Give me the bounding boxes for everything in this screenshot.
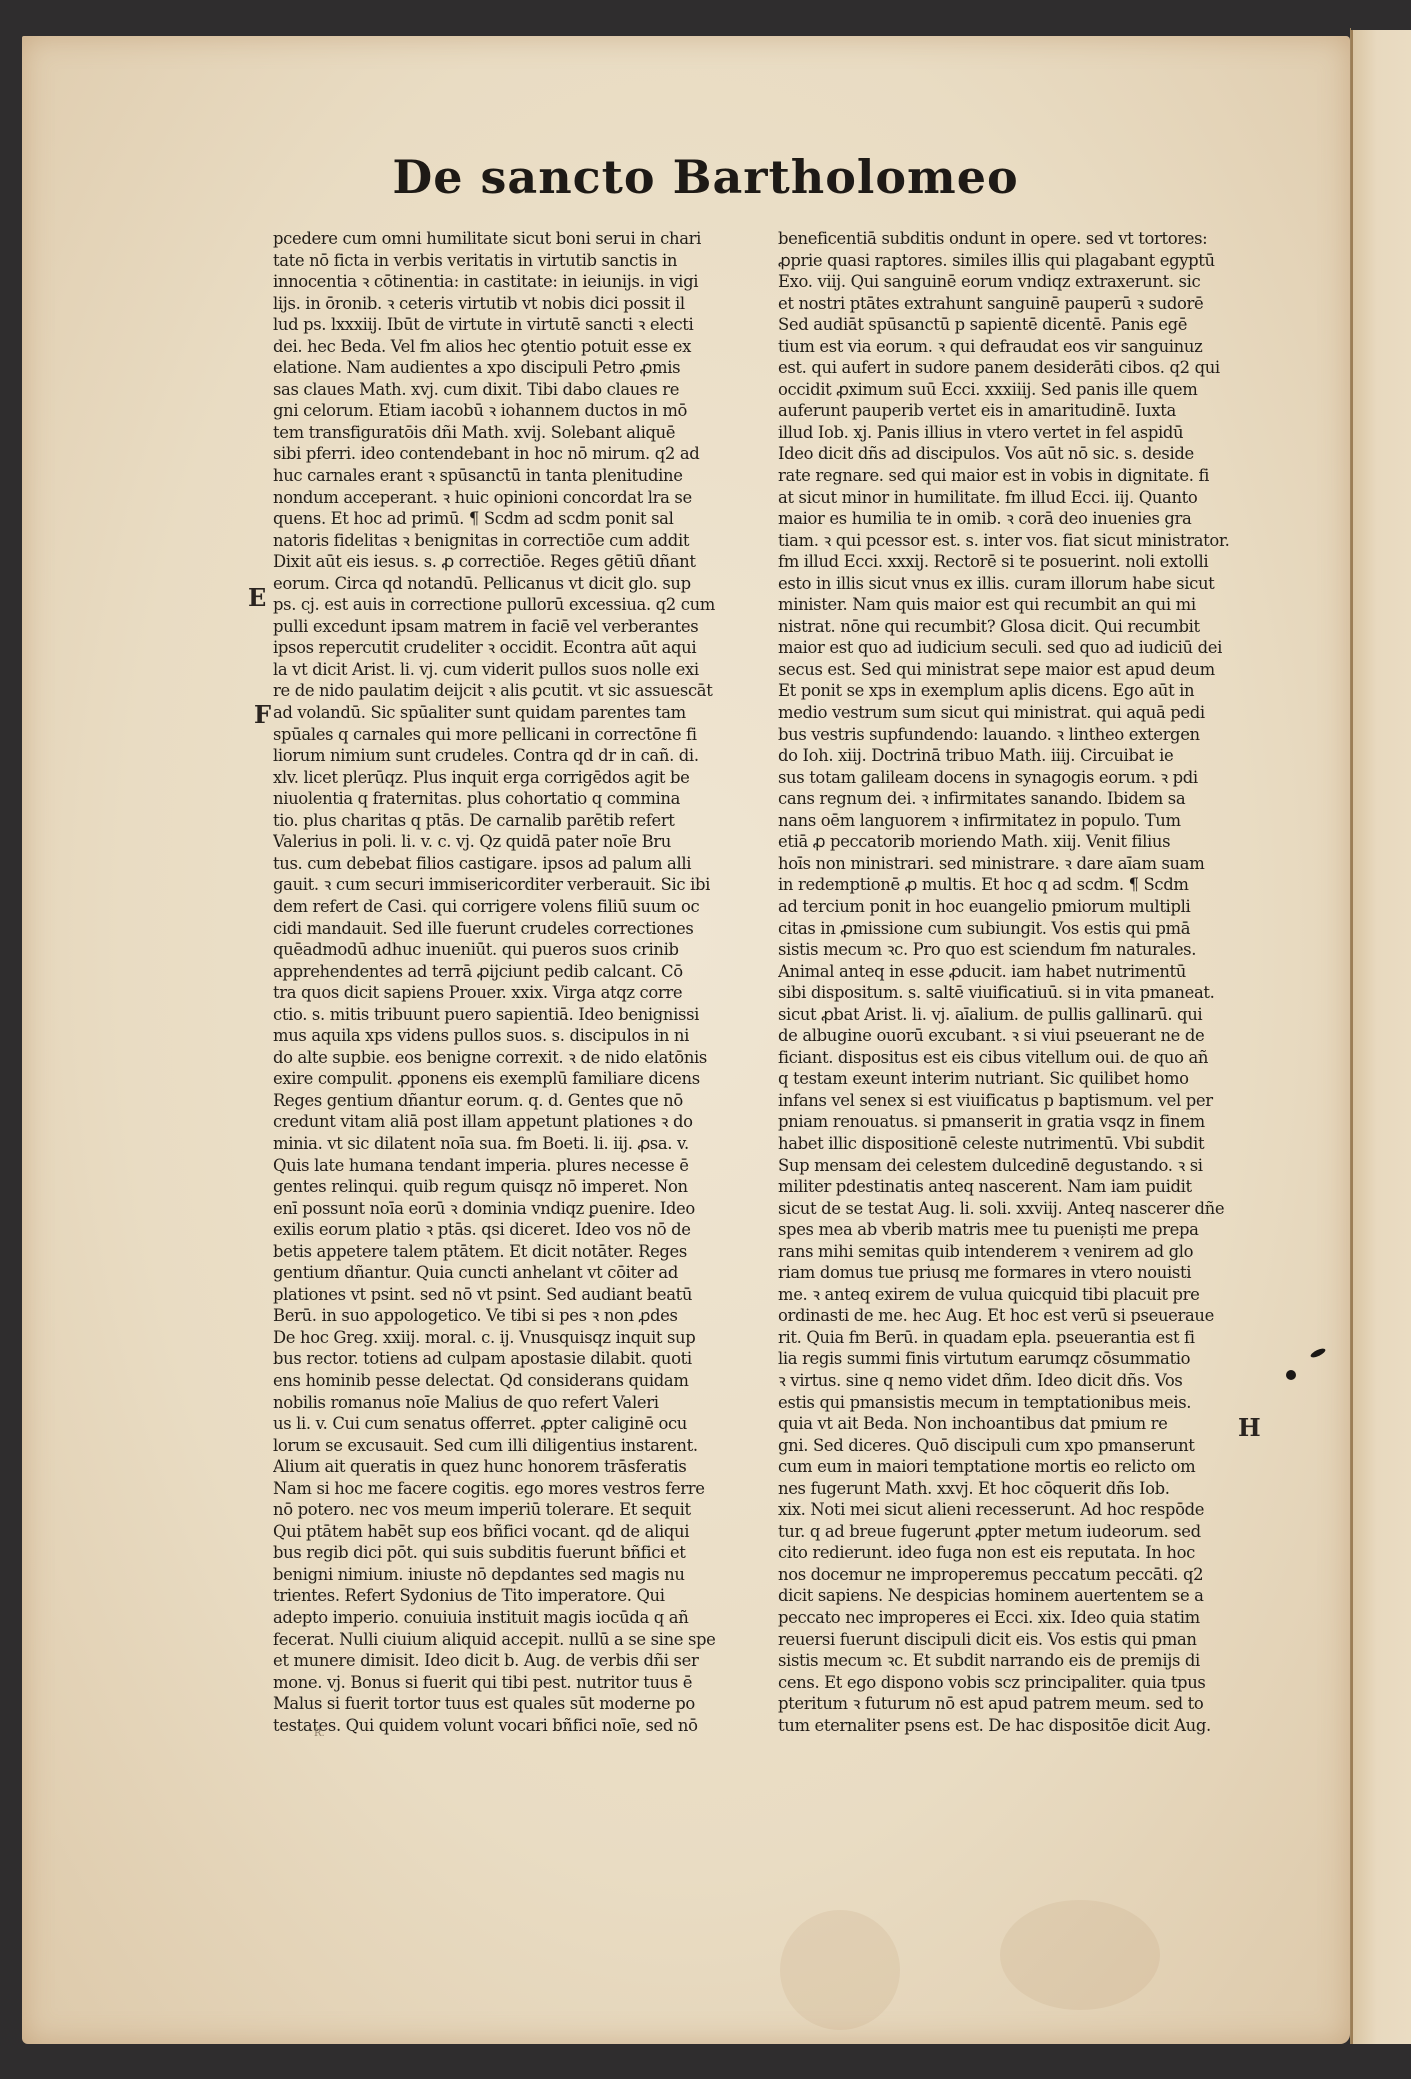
text-line: occidit ꝓximum suū Ecci. xxxiiij. Sed pa… (778, 379, 1260, 401)
text-line: Ideo dicit dñs ad discipulos. Vos aūt nō… (778, 443, 1260, 465)
text-line: Malus si fuerit tortor tuus est quales s… (273, 1693, 755, 1715)
text-line: Quis late humana tendant imperia. plures… (273, 1155, 755, 1177)
text-line: ipsos repercutit crudeliter ꝛ occidit. E… (273, 637, 755, 659)
margin-letter-e: E (248, 583, 266, 612)
text-line: gentium dñantur. Quia cuncti anhelant vt… (273, 1262, 755, 1284)
text-line: illud Iob. xj. Panis illius in vtero ver… (778, 422, 1260, 444)
text-line: sistis mecum ꝛc. Pro quo est sciendum fm… (778, 939, 1260, 961)
text-line: gni celorum. Etiam iacobū ꝛ iohannem duc… (273, 400, 755, 422)
text-line: tium est via eorum. ꝛ qui defraudat eos … (778, 336, 1260, 358)
text-line: spūales q carnales qui more pellicani in… (273, 724, 755, 746)
ink-blot (1286, 1370, 1296, 1380)
text-line: gauit. ꝛ cum securi immisericorditer ver… (273, 874, 755, 896)
text-line: et munere dimisit. Ideo dicit b. Aug. de… (273, 1650, 755, 1672)
text-column-left: pcedere cum omni humilitate sicut boni s… (273, 228, 755, 1736)
text-line: ens hominib pesse delectat. Qd considera… (273, 1370, 755, 1392)
text-line: huc carnales erant ꝛ spūsanctū in tanta … (273, 465, 755, 487)
text-line: xlv. licet plerūqz. Plus inquit erga cor… (273, 767, 755, 789)
text-line: in redemptionē ꝓ multis. Et hoc q ad scd… (778, 874, 1260, 896)
text-line: De hoc Greg. xxiij. moral. c. ij. Vnusqu… (273, 1327, 755, 1349)
text-line: Reges gentium dñantur eorum. q. d. Gente… (273, 1090, 755, 1112)
text-line: bus rector. totiens ad culpam apostasie … (273, 1348, 755, 1370)
text-line: benigni nimium. iniuste nō depdantes sed… (273, 1564, 755, 1586)
text-line: mone. vj. Bonus si fuerit qui tibi pest.… (273, 1672, 755, 1694)
text-line: betis appetere talem ptātem. Et dicit no… (273, 1241, 755, 1263)
text-column-right: beneficentiā subditis ondunt in opere. s… (778, 228, 1260, 1736)
text-line: adepto imperio. conuiuia instituit magis… (273, 1607, 755, 1629)
text-line: plationes vt psint. sed nō vt psint. Sed… (273, 1284, 755, 1306)
text-line: esto in illis sicut vnus ex illis. curam… (778, 573, 1260, 595)
text-line: elatione. Nam audientes a xpo discipuli … (273, 357, 755, 379)
text-line: tio. plus charitas q ptās. De carnalib p… (273, 810, 755, 832)
text-line: gentes relinqui. quib regum quisqz nō im… (273, 1176, 755, 1198)
text-line: ordinasti de me. hec Aug. Et hoc est ver… (778, 1305, 1260, 1327)
text-line: maior est quo ad iudicium seculi. sed qu… (778, 637, 1260, 659)
text-line: sicut de se testat Aug. li. soli. xxviij… (778, 1198, 1260, 1220)
text-line: credunt vitam aliā post illam appetunt p… (273, 1111, 755, 1133)
text-line: sibi pferri. ideo contendebant in hoc nō… (273, 443, 755, 465)
text-line: pniam renouatus. si pmanserit in gratia … (778, 1111, 1260, 1133)
text-line: sistis mecum ꝛc. Et subdit narrando eis … (778, 1650, 1260, 1672)
water-stain (1000, 1900, 1160, 2010)
text-line: Sed audiāt spūsanctū p sapientē dicentē.… (778, 314, 1260, 336)
text-line: etiā ꝓ peccatorib moriendo Math. xiij. V… (778, 831, 1260, 853)
text-line: ꝓprie quasi raptores. similes illis qui … (778, 250, 1260, 272)
text-line: tiam. ꝛ qui pcessor est. s. inter vos. f… (778, 530, 1260, 552)
text-line: do alte supbie. eos benigne correxit. ꝛ … (273, 1047, 755, 1069)
text-line: tra quos dicit sapiens Prouer. xxix. Vir… (273, 982, 755, 1004)
text-line: lijs. in ōronib. ꝛ ceteris virtutib vt n… (273, 293, 755, 315)
text-line: nō potero. nec vos meum imperiū tolerare… (273, 1499, 755, 1521)
signature-mark: R. (314, 1728, 325, 1739)
text-line: gni. Sed diceres. Quō discipuli cum xpo … (778, 1435, 1260, 1457)
water-stain (780, 1910, 900, 2030)
text-line: Et ponit se xps in exemplum aplis dicens… (778, 680, 1260, 702)
text-line: rit. Quia fm Berū. in quadam epla. pseue… (778, 1327, 1260, 1349)
text-line: apprehendentes ad terrā ꝓijciunt pedib c… (273, 961, 755, 983)
text-line: de albugine ouorū excubant. ꝛ si viui ps… (778, 1025, 1260, 1047)
text-line: ctio. s. mitis tribuunt puero sapientiā.… (273, 1004, 755, 1026)
text-line: citas in ꝓmissione cum subiungit. Vos es… (778, 918, 1260, 940)
text-line: pteritum ꝛ futurum nō est apud patrem me… (778, 1693, 1260, 1715)
text-line: cens. Et ego dispono vobis scz principal… (778, 1672, 1260, 1694)
text-line: minia. vt sic dilatent noīa sua. fm Boet… (273, 1133, 755, 1155)
text-line: tus. cum debebat filios castigare. ipsos… (273, 853, 755, 875)
text-line: lud ps. lxxxiij. Ibūt de virtute in virt… (273, 314, 755, 336)
text-line: sas claues Math. xvj. cum dixit. Tibi da… (273, 379, 755, 401)
text-line: quia vt ait Beda. Non inchoantibus dat p… (778, 1413, 1260, 1435)
text-line: et nostri ptātes extrahunt sanguinē paup… (778, 293, 1260, 315)
text-line: cans regnum dei. ꝛ infirmitates sanando.… (778, 788, 1260, 810)
text-line: quens. Et hoc ad primū. ¶ Scdm ad scdm p… (273, 508, 755, 530)
text-line: auferunt pauperib vertet eis in amaritud… (778, 400, 1260, 422)
text-line: natoris fidelitas ꝛ benignitas in correc… (273, 530, 755, 552)
text-line: do Ioh. xiij. Doctrinā tribuo Math. iiij… (778, 745, 1260, 767)
text-line: ficiant. dispositus est eis cibus vitell… (778, 1047, 1260, 1069)
text-line: quēadmodū adhuc inueniūt. qui pueros suo… (273, 939, 755, 961)
text-line: niuolentia q fraternitas. plus cohortati… (273, 788, 755, 810)
text-line: Berū. in suo appologetico. Ve tibi si pe… (273, 1305, 755, 1327)
text-line: nistrat. nōne qui recumbit? Glosa dicit.… (778, 616, 1260, 638)
text-line: riam domus tue priusq me formares in vte… (778, 1262, 1260, 1284)
text-line: bus vestris supfundendo: lauando. ꝛ lint… (778, 724, 1260, 746)
text-line: cum eum in maiori temptatione mortis eo … (778, 1456, 1260, 1478)
text-line: pulli excedunt ipsam matrem in faciē vel… (273, 616, 755, 638)
margin-letter-h: H (1238, 1413, 1261, 1442)
text-line: cito redierunt. ideo fuga non est eis re… (778, 1542, 1260, 1564)
text-line: reuersi fuerunt discipuli dicit eis. Vos… (778, 1629, 1260, 1651)
text-line: sus totam galileam docens in synagogis e… (778, 767, 1260, 789)
text-line: est. qui aufert in sudore panem desiderā… (778, 357, 1260, 379)
text-line: pcedere cum omni humilitate sicut boni s… (273, 228, 755, 250)
text-line: maior es humilia te in omib. ꝛ corā deo … (778, 508, 1260, 530)
text-line: ꝛ virtus. sine q nemo videt dñm. Ideo di… (778, 1370, 1260, 1392)
text-line: infans vel senex si est viuificatus p ba… (778, 1090, 1260, 1112)
text-line: rate regnare. sed qui maior est in vobis… (778, 465, 1260, 487)
text-line: rans mihi semitas quib intenderem ꝛ veni… (778, 1241, 1260, 1263)
text-line: dem refert de Casi. qui corrigere volens… (273, 896, 755, 918)
text-line: sibi dispositum. s. saltē viuificatiuū. … (778, 982, 1260, 1004)
text-line: trientes. Refert Sydonius de Tito impera… (273, 1585, 755, 1607)
facing-page-edge (1351, 30, 1411, 2044)
text-line: Exo. viij. Qui sanguinē eorum vndiqz ext… (778, 271, 1260, 293)
text-line: Valerius in poli. li. v. c. vj. Qz quidā… (273, 831, 755, 853)
text-line: dicit sapiens. Ne despicias hominem auer… (778, 1585, 1260, 1607)
text-line: tate nō ficta in verbis veritatis in vir… (273, 250, 755, 272)
text-line: nans oēm languorem ꝛ infirmitatez in pop… (778, 810, 1260, 832)
text-line: nondum acceperant. ꝛ huic opinioni conco… (273, 487, 755, 509)
text-line: Animal anteq in esse ꝓducit. iam habet n… (778, 961, 1260, 983)
text-line: innocentia ꝛ cōtinentia: in castitate: i… (273, 271, 755, 293)
text-line: ad volandū. Sic spūaliter sunt quidam pa… (273, 702, 755, 724)
text-line: Nam si hoc me facere cogitis. ego mores … (273, 1478, 755, 1500)
margin-letter-f: F (254, 700, 271, 729)
text-line: mus aquila xps videns pullos suos. s. di… (273, 1025, 755, 1047)
text-line: tum eternaliter psens est. De hac dispos… (778, 1715, 1260, 1737)
running-title: De sancto Bartholomeo (0, 150, 1411, 204)
text-line: exilis eorum platio ꝛ ptās. qsi diceret.… (273, 1219, 755, 1241)
text-line: us li. v. Cui cum senatus offerret. ꝓpte… (273, 1413, 755, 1435)
text-line: exire compulit. ꝓponens eis exemplū fami… (273, 1068, 755, 1090)
text-line: liorum nimium sunt crudeles. Contra qd d… (273, 745, 755, 767)
text-line: ps. cj. est auis in correctione pullorū … (273, 594, 755, 616)
text-line: habet illic dispositionē celeste nutrime… (778, 1133, 1260, 1155)
text-line: peccato nec improperes ei Ecci. xix. Ide… (778, 1607, 1260, 1629)
text-line: minister. Nam quis maior est qui recumbi… (778, 594, 1260, 616)
text-line: spes mea ab vberib matris mee tu puenișt… (778, 1219, 1260, 1241)
text-line: hoīs non ministrari. sed ministrare. ꝛ d… (778, 853, 1260, 875)
text-line: enī possunt noīa eorū ꝛ dominia vndiqz ꝑ… (273, 1198, 755, 1220)
text-line: me. ꝛ anteq exirem de vulua quicquid tib… (778, 1284, 1260, 1306)
text-line: dei. hec Beda. Vel fm alios hec ꝯtentio … (273, 336, 755, 358)
text-line: militer pdestinatis anteq nascerent. Nam… (778, 1176, 1260, 1198)
text-line: tem transfiguratōis dñi Math. xvij. Sole… (273, 422, 755, 444)
text-line: tur. q ad breue fugerunt ꝓpter metum iud… (778, 1521, 1260, 1543)
text-line: fm illud Ecci. xxxij. Rectorē si te posu… (778, 551, 1260, 573)
text-line: cidi mandauit. Sed ille fuerunt crudeles… (273, 918, 755, 940)
text-line: Dixit aūt eis iesus. s. ꝓ correctiōe. Re… (273, 551, 755, 573)
text-line: testates. Qui quidem volunt vocari bñfic… (273, 1715, 755, 1737)
text-line: sicut ꝓbat Arist. li. vj. aīalium. de pu… (778, 1004, 1260, 1026)
text-line: lia regis summi finis virtutum earumqz c… (778, 1348, 1260, 1370)
text-line: Alium ait queratis in quez hunc honorem … (273, 1456, 755, 1478)
text-line: fecerat. Nulli ciuium aliquid accepit. n… (273, 1629, 755, 1651)
text-line: at sicut minor in humilitate. fm illud E… (778, 487, 1260, 509)
text-line: bus regib dici pōt. qui suis subditis fu… (273, 1542, 755, 1564)
text-line: estis qui pmansistis mecum in temptation… (778, 1392, 1260, 1414)
text-line: Sup mensam dei celestem dulcedinē degust… (778, 1155, 1260, 1177)
text-line: re de nido paulatim deijcit ꝛ alis ꝑcuti… (273, 680, 755, 702)
text-line: nobilis romanus noīe Malius de quo refer… (273, 1392, 755, 1414)
text-line: eorum. Circa qd notandū. Pellicanus vt d… (273, 573, 755, 595)
text-line: ad tercium ponit in hoc euangelio pmioru… (778, 896, 1260, 918)
text-line: q testam exeunt interim nutriant. Sic qu… (778, 1068, 1260, 1090)
text-line: medio vestrum sum sicut qui ministrat. q… (778, 702, 1260, 724)
text-line: nes fugerunt Math. xxvj. Et hoc cōquerit… (778, 1478, 1260, 1500)
text-line: xix. Noti mei sicut alieni recesserunt. … (778, 1499, 1260, 1521)
text-line: beneficentiā subditis ondunt in opere. s… (778, 228, 1260, 250)
text-line: lorum se excusauit. Sed cum illi diligen… (273, 1435, 755, 1457)
text-line: nos docemur ne improperemus peccatum pec… (778, 1564, 1260, 1586)
text-line: Qui ptātem habēt sup eos bñfici vocant. … (273, 1521, 755, 1543)
text-line: la vt dicit Arist. li. vj. cum viderit p… (273, 659, 755, 681)
text-line: secus est. Sed qui ministrat sepe maior … (778, 659, 1260, 681)
